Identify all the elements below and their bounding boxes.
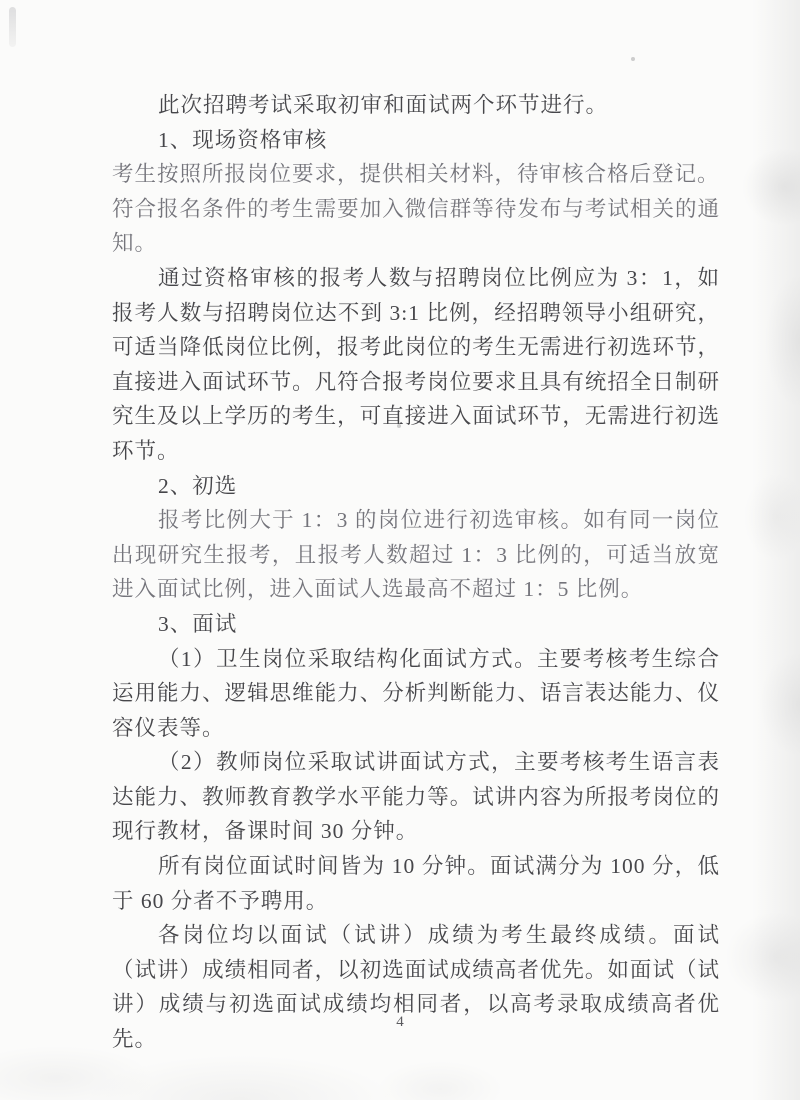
document-body: 此次招聘考试采取初审和面试两个环节进行。1、现场资格审核考生按照所报岗位要求，提…: [112, 88, 720, 1057]
scan-smudge-mark: [9, 7, 16, 47]
paragraph: 此次招聘考试采取初审和面试两个环节进行。: [112, 88, 720, 123]
page-number: 4: [0, 1014, 800, 1031]
paragraph: 考生按照所报岗位要求，提供相关材料，待审核合格后登记。: [112, 157, 720, 192]
scanned-page: 此次招聘考试采取初审和面试两个环节进行。1、现场资格审核考生按照所报岗位要求，提…: [0, 0, 800, 1100]
scan-speck: [631, 57, 635, 61]
paragraph: 3、面试: [112, 607, 720, 642]
paragraph: （1）卫生岗位采取结构化面试方式。主要考核考生综合运用能力、逻辑思维能力、分析判…: [112, 642, 720, 746]
paragraph: 符合报名条件的考生需要加入微信群等待发布与考试相关的通知。: [112, 192, 720, 261]
paragraph: 1、现场资格审核: [112, 123, 720, 158]
paragraph: 所有岗位面试时间皆为 10 分钟。面试满分为 100 分，低于 60 分者不予聘…: [112, 849, 720, 918]
paragraph: （2）教师岗位采取试讲面试方式，主要考核考生语言表达能力、教师教育教学水平能力等…: [112, 745, 720, 849]
paragraph: 2、初选: [112, 469, 720, 504]
paragraph: 通过资格审核的报考人数与招聘岗位比例应为 3：1，如报考人数与招聘岗位达不到 3…: [112, 261, 720, 469]
paragraph: 报考比例大于 1：3 的岗位进行初选审核。如有同一岗位出现研究生报考，且报考人数…: [112, 503, 720, 607]
paragraph: 各岗位均以面试（试讲）成绩为考生最终成绩。面试（试讲）成绩相同者，以初选面试成绩…: [112, 918, 720, 1056]
